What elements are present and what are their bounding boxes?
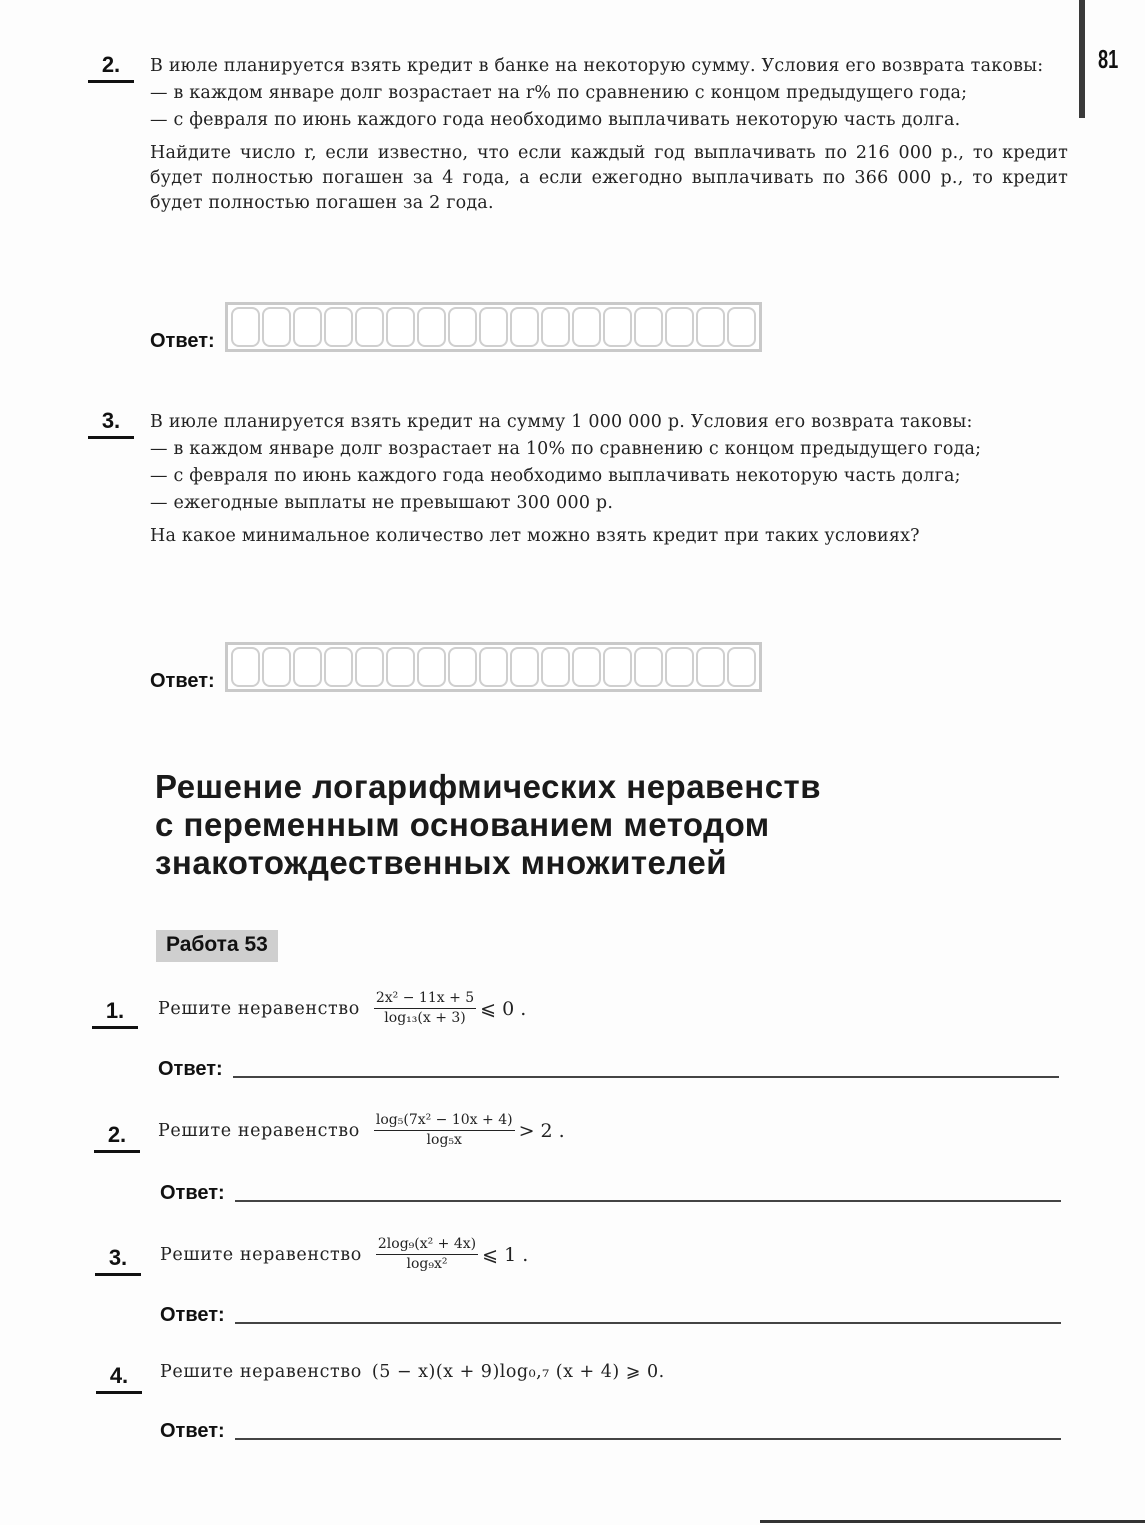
answer-row-ineq-4: Ответ:	[160, 1420, 1061, 1442]
fraction: log₅(7x² − 10x + 4) log₅x	[374, 1112, 515, 1149]
answer-cell[interactable]	[417, 647, 446, 687]
answer-grid[interactable]	[225, 642, 762, 692]
condition-item: — ежегодные выплаты не превышают 300 000…	[150, 491, 1068, 516]
answer-cell[interactable]	[293, 647, 322, 687]
page-number: 81	[1098, 44, 1118, 75]
answer-row-ineq-2: Ответ:	[160, 1182, 1061, 1204]
answer-label: Ответ:	[150, 330, 215, 352]
condition-item: — с февраля по июнь каждого года необход…	[150, 464, 1068, 489]
task-prompt: Решите неравенство	[160, 1362, 362, 1382]
fraction-numerator: 2x² − 11x + 5	[374, 990, 476, 1009]
answer-label: Ответ:	[160, 1304, 225, 1326]
relation: ⩽ 0 .	[480, 998, 526, 1020]
answer-cell[interactable]	[479, 307, 508, 347]
answer-cell[interactable]	[355, 647, 384, 687]
section-title-line: с переменным основанием методом	[155, 806, 955, 844]
task-intro: В июле планируется взять кредит в банке …	[150, 54, 1068, 79]
answer-grid[interactable]	[225, 302, 762, 352]
answer-cell[interactable]	[665, 647, 694, 687]
fraction: 2x² − 11x + 5 log₁₃(x + 3)	[374, 990, 476, 1027]
fraction: 2log₉(x² + 4x) log₉x²	[376, 1236, 478, 1273]
answer-cell[interactable]	[572, 307, 601, 347]
answer-row-credit-3: Ответ:	[150, 642, 762, 692]
task-number: 2.	[94, 1122, 140, 1153]
page-spine-bar	[1079, 0, 1085, 118]
fraction-numerator: log₅(7x² − 10x + 4)	[374, 1112, 515, 1131]
answer-label: Ответ:	[160, 1420, 225, 1442]
answer-cell[interactable]	[231, 647, 260, 687]
answer-cell[interactable]	[603, 307, 632, 347]
task-question: Найдите число r, если известно, что если…	[150, 141, 1068, 216]
condition-item: — с февраля по июнь каждого года необход…	[150, 108, 1068, 133]
answer-cell[interactable]	[479, 647, 508, 687]
section-title-line: Решение логарифмических неравенств	[155, 768, 955, 806]
answer-cell[interactable]	[665, 307, 694, 347]
answer-cell[interactable]	[510, 647, 539, 687]
answer-cell[interactable]	[386, 647, 415, 687]
answer-cell[interactable]	[696, 647, 725, 687]
inequality-expression: (5 − x)(x + 9)log₀,₇ (x + 4) ⩾ 0.	[372, 1362, 665, 1382]
answer-line[interactable]	[235, 1322, 1061, 1324]
answer-cell[interactable]	[417, 307, 446, 347]
answer-cell[interactable]	[448, 647, 477, 687]
condition-item: — в каждом январе долг возрастает на r% …	[150, 81, 1068, 106]
relation: ⩽ 1 .	[482, 1244, 528, 1266]
answer-cell[interactable]	[696, 307, 725, 347]
answer-line[interactable]	[233, 1076, 1059, 1078]
answer-cell[interactable]	[510, 307, 539, 347]
task-prompt: Решите неравенство	[158, 1121, 360, 1141]
answer-cell[interactable]	[231, 307, 260, 347]
answer-row-credit-2: Ответ:	[150, 302, 762, 352]
answer-cell[interactable]	[727, 647, 756, 687]
answer-label: Ответ:	[160, 1182, 225, 1204]
inequality-1: Решите неравенство 2x² − 11x + 5 log₁₃(x…	[158, 990, 526, 1027]
relation: > 2 .	[519, 1120, 565, 1142]
fraction-denominator: log₉x²	[407, 1255, 448, 1273]
answer-cell[interactable]	[572, 647, 601, 687]
answer-cell[interactable]	[603, 647, 632, 687]
inequality-2: Решите неравенство log₅(7x² − 10x + 4) l…	[158, 1112, 565, 1149]
condition-item: — в каждом январе долг возрастает на 10%…	[150, 437, 1068, 462]
fraction-denominator: log₅x	[427, 1131, 462, 1149]
task-text: В июле планируется взять кредит в банке …	[150, 54, 1068, 216]
fraction-numerator: 2log₉(x² + 4x)	[376, 1236, 478, 1255]
section-title: Решение логарифмических неравенств с пер…	[155, 768, 955, 882]
section-title-line: знакотождественных множителей	[155, 844, 955, 882]
answer-cell[interactable]	[541, 647, 570, 687]
inequality-3: Решите неравенство 2log₉(x² + 4x) log₉x²…	[160, 1236, 528, 1273]
answer-row-ineq-1: Ответ:	[158, 1058, 1059, 1080]
answer-cell[interactable]	[293, 307, 322, 347]
answer-cell[interactable]	[262, 647, 291, 687]
answer-line[interactable]	[235, 1438, 1061, 1440]
task-number: 3.	[88, 408, 134, 439]
work-badge: Работа 53	[156, 930, 278, 962]
answer-cell[interactable]	[727, 307, 756, 347]
answer-label: Ответ:	[158, 1058, 223, 1080]
fraction-denominator: log₁₃(x + 3)	[384, 1009, 465, 1027]
answer-cell[interactable]	[634, 307, 663, 347]
bottom-rule	[760, 1520, 1145, 1523]
answer-label: Ответ:	[150, 670, 215, 692]
answer-cell[interactable]	[634, 647, 663, 687]
answer-cell[interactable]	[355, 307, 384, 347]
task-prompt: Решите неравенство	[158, 999, 360, 1019]
answer-cell[interactable]	[324, 647, 353, 687]
answer-cell[interactable]	[386, 307, 415, 347]
task-number: 2.	[88, 52, 134, 83]
answer-cell[interactable]	[324, 307, 353, 347]
task-question: На какое минимальное количество лет можн…	[150, 524, 1068, 549]
task-number: 4.	[96, 1363, 142, 1394]
answer-row-ineq-3: Ответ:	[160, 1304, 1061, 1326]
inequality-4: Решите неравенство (5 − x)(x + 9)log₀,₇ …	[160, 1362, 665, 1382]
task-text: В июле планируется взять кредит на сумму…	[150, 410, 1068, 549]
task-number: 1.	[92, 998, 138, 1029]
task-number: 3.	[95, 1245, 141, 1276]
task-prompt: Решите неравенство	[160, 1245, 362, 1265]
answer-cell[interactable]	[448, 307, 477, 347]
answer-line[interactable]	[235, 1200, 1061, 1202]
answer-cell[interactable]	[262, 307, 291, 347]
answer-cell[interactable]	[541, 307, 570, 347]
task-intro: В июле планируется взять кредит на сумму…	[150, 410, 1068, 435]
